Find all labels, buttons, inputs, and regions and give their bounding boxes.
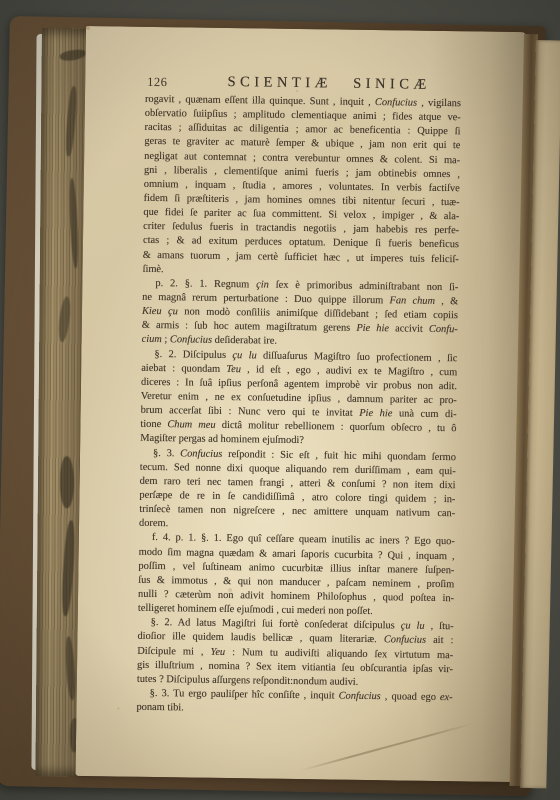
foxing-spots [86,26,90,30]
edge-ink-mark [64,86,77,156]
book-page: 126 SCIENTIÆ SINICÆ rogavit , quænam eſſ… [76,26,526,782]
edge-ink-mark [60,520,76,616]
edge-ink-mark [57,296,72,343]
edge-ink-mark [64,636,76,700]
edge-ink-mark [60,456,74,508]
edge-ink-mark [68,178,79,268]
page-header-row: 126 SCIENTIÆ SINICÆ [145,73,463,93]
fold-crease [299,723,473,772]
edge-ink-mark [59,49,86,62]
photo-background: 126 SCIENTIÆ SINICÆ rogavit , quænam eſſ… [0,0,560,800]
page-number: 126 [147,75,167,90]
running-header: SCIENTIÆ SINICÆ [195,74,463,95]
text-block: rogavit , quænam eſſent illa quinque. Su… [136,93,461,720]
